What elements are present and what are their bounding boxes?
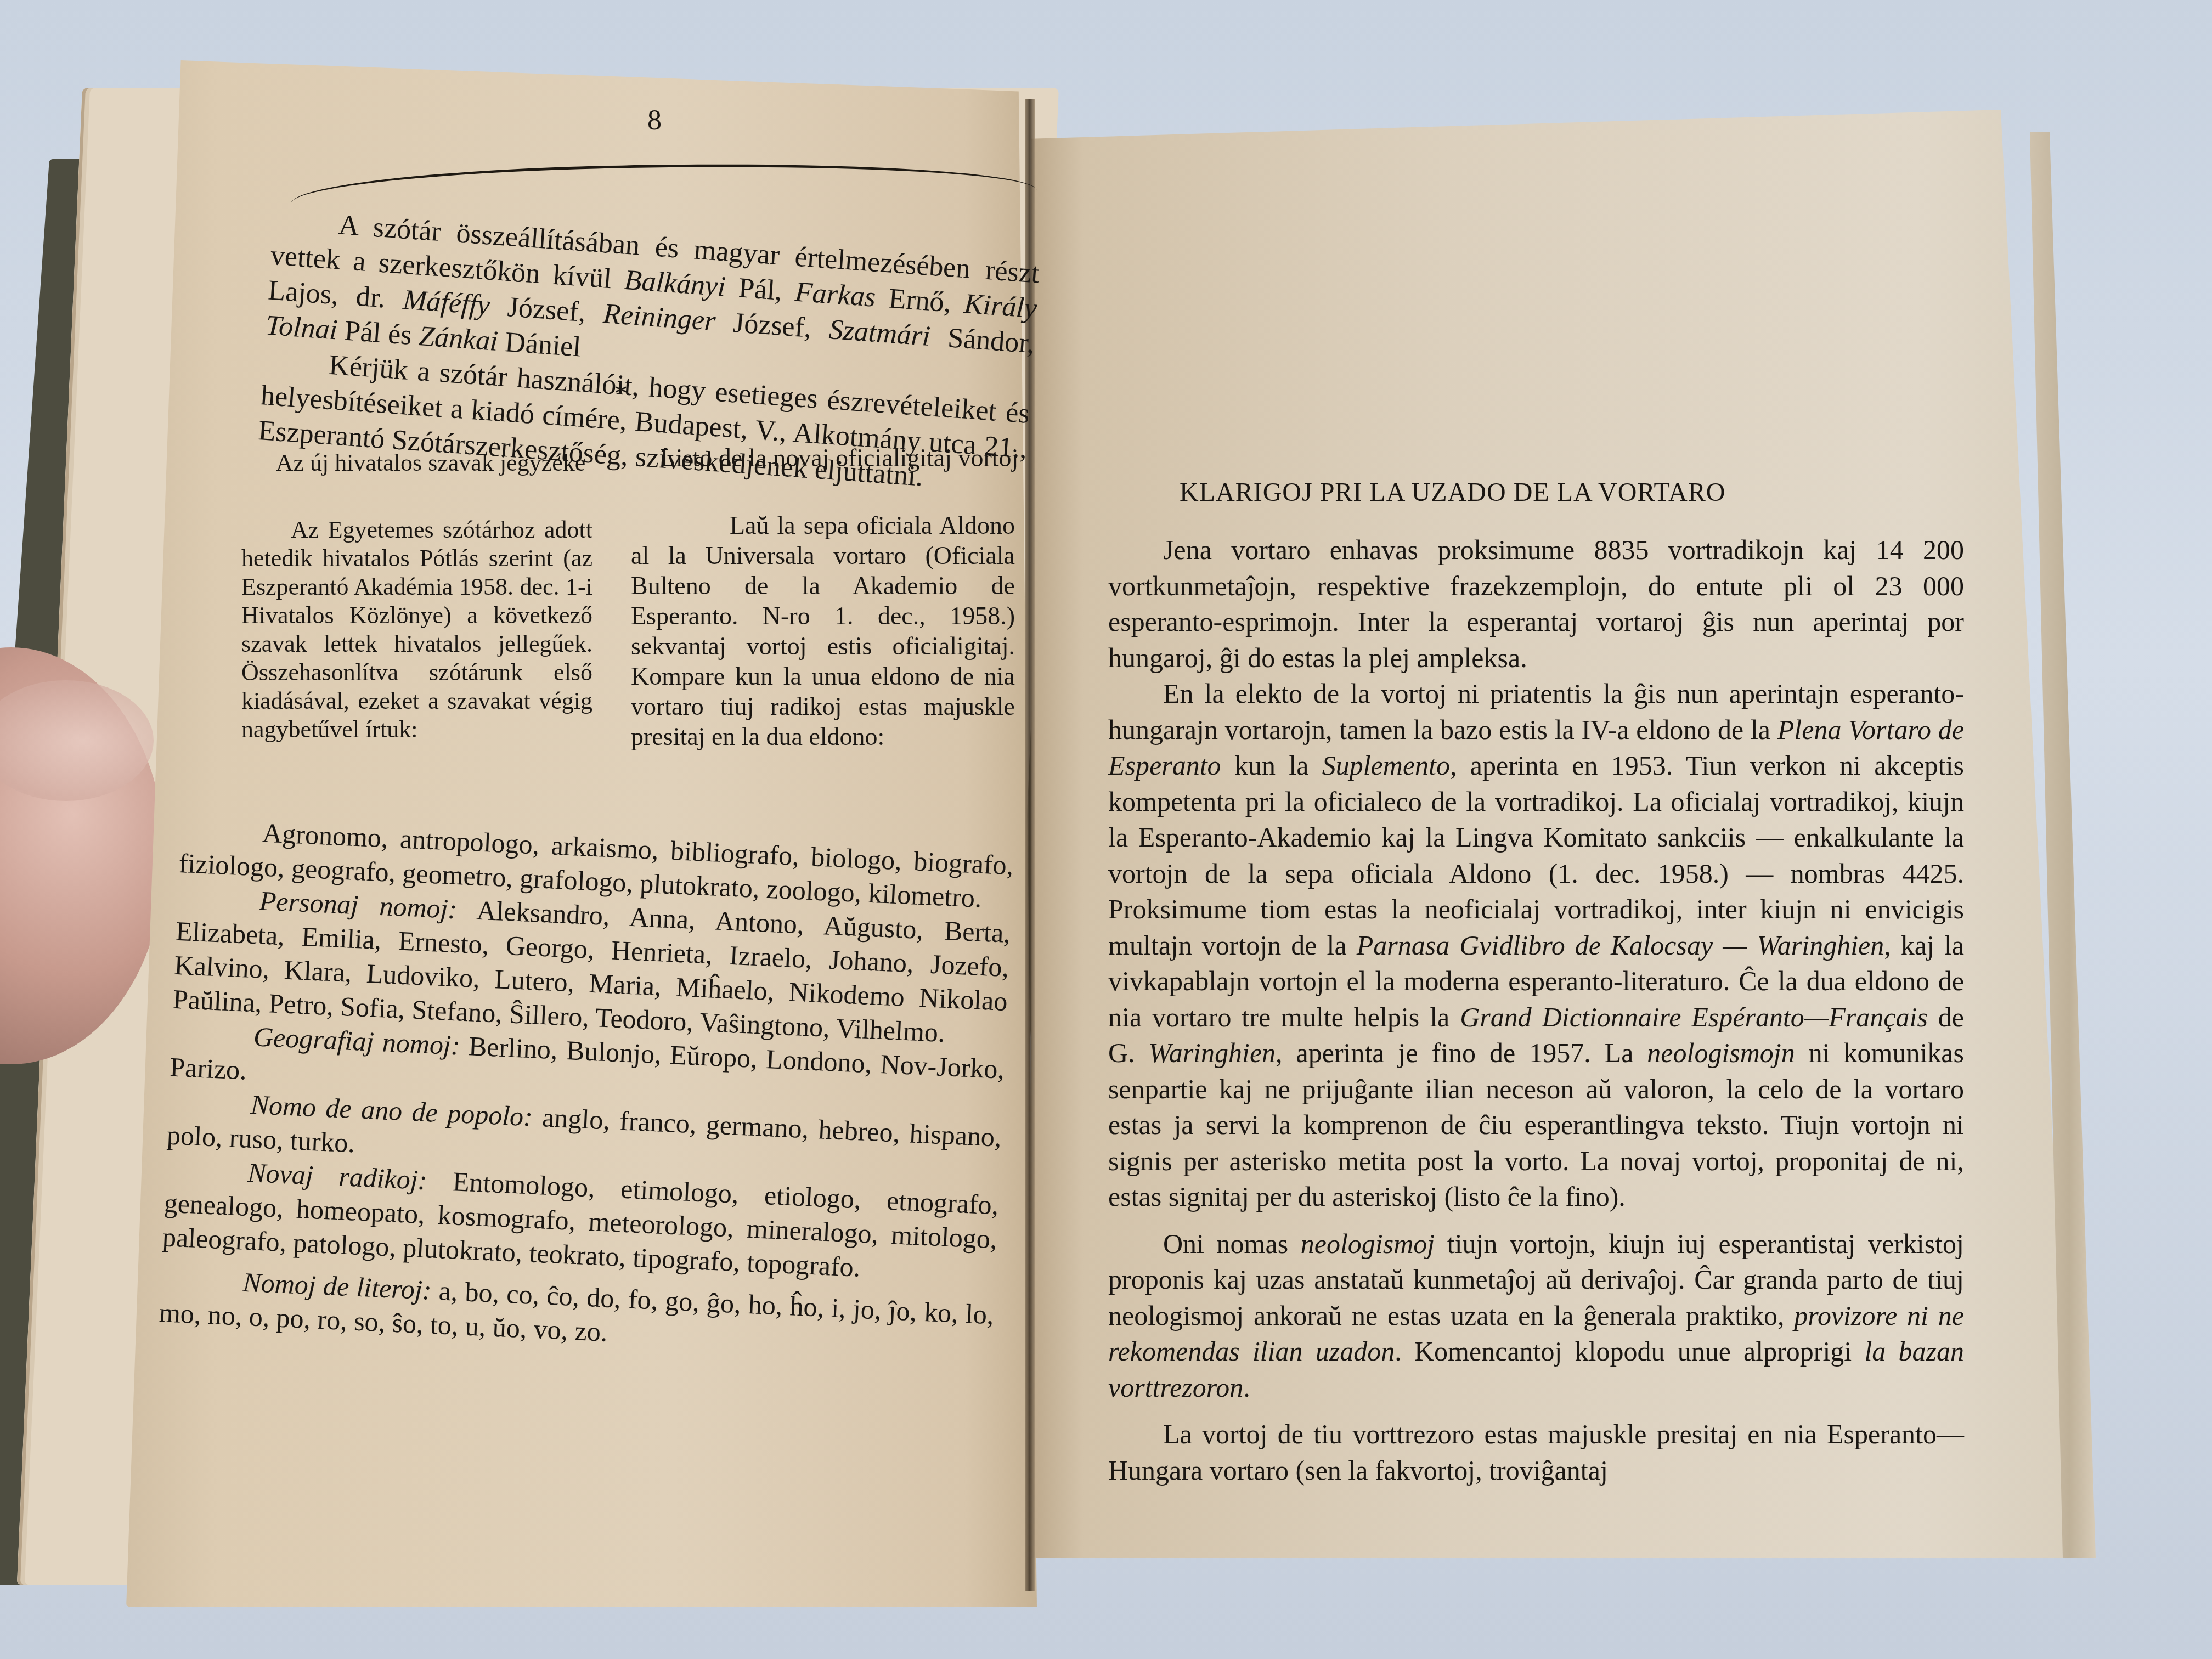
body-paragraph-3: Oni nomas neologismoj tiujn vortojn, kiu… bbox=[1108, 1226, 1964, 1406]
body-paragraph-2: En la elekto de la vortoj ni priatentis … bbox=[1108, 676, 1964, 1215]
hungarian-column-heading: Az új hivatalos szavak jegyzéke bbox=[250, 447, 612, 479]
body-paragraph-4: La vortoj de tiu vorttrezoro estas majus… bbox=[1108, 1417, 1964, 1488]
page-number: 8 bbox=[647, 104, 662, 137]
body-paragraph-1: Jena vortaro enhavas proksimume 8835 vor… bbox=[1108, 532, 1964, 676]
hungarian-column-body: Az Egyetemes szótárhoz adott hetedik hiv… bbox=[241, 516, 592, 744]
section-title: KLARIGOJ PRI LA UZADO DE LA VORTARO bbox=[1180, 477, 1725, 507]
word-lists: Agronomo, antropologo, arkaismo, bibliog… bbox=[159, 812, 1014, 1365]
esperanto-column-body: Laŭ la sepa oficiala Aldono al la Univer… bbox=[631, 510, 1015, 752]
separator-asterisk: * bbox=[614, 379, 628, 409]
esperanto-column-heading: Listo de la novaj oficialigitaj vortoj bbox=[647, 442, 1031, 475]
right-page-body: Jena vortaro enhavas proksimume 8835 vor… bbox=[1108, 521, 1964, 1488]
